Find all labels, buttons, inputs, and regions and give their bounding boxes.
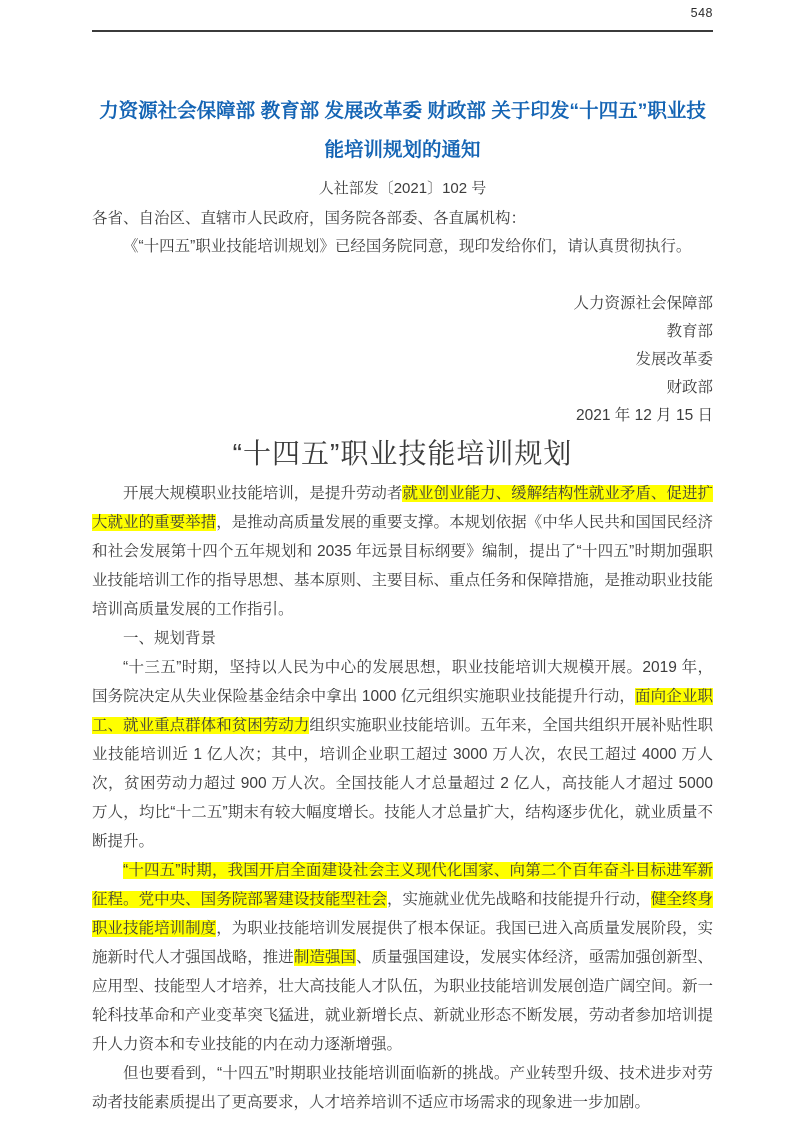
- header-rule: [92, 30, 713, 32]
- page-header: 548: [92, 0, 713, 22]
- text-run: 开展大规模职业技能培训，是提升劳动者: [123, 485, 402, 502]
- text-run: “十三五”时期，坚持以人民为中心的发展思想，职业技能培训大规模开展。2019 年…: [92, 659, 713, 705]
- section-heading: 一、规划背景: [92, 624, 713, 653]
- plan-body: 开展大规模职业技能培训，是提升劳动者就业创业能力、缓解结构性就业矛盾、促进扩大就…: [92, 479, 713, 1117]
- paragraph: 开展大规模职业技能培训，是提升劳动者就业创业能力、缓解结构性就业矛盾、促进扩大就…: [92, 479, 713, 624]
- paragraph: “十三五”时期，坚持以人民为中心的发展思想，职业技能培训大规模开展。2019 年…: [92, 653, 713, 856]
- signature-line: 人力资源社会保障部: [92, 290, 713, 318]
- highlighted-text: 制造强国: [294, 949, 356, 966]
- text-run: ，实施就业优先战略和技能提升行动，: [387, 891, 651, 908]
- paragraph: “十四五”时期，我国开启全面建设社会主义现代化国家、向第二个百年奋斗目标进军新征…: [92, 856, 713, 1059]
- signature-date: 2021 年 12 月 15 日: [92, 402, 713, 430]
- signature-block: 人力资源社会保障部教育部发展改革委财政部: [92, 290, 713, 402]
- text-run: 一、规划背景: [123, 630, 216, 647]
- doc-number: 人社部发〔2021〕102 号: [92, 177, 713, 201]
- signature-line: 财政部: [92, 374, 713, 402]
- text-run: 但也要看到，“十四五”时期职业技能培训面临新的挑战。产业转型升级、技术进步对劳动…: [92, 1065, 713, 1111]
- document-page: 548 力资源社会保障部 教育部 发展改革委 财政部 关于印发“十四五”职业技能…: [0, 0, 793, 1122]
- signature-line: 发展改革委: [92, 346, 713, 374]
- page-number: 548: [691, 6, 713, 20]
- notice-title: 力资源社会保障部 教育部 发展改革委 财政部 关于印发“十四五”职业技能培训规划…: [92, 92, 713, 170]
- notice-body-text: 《“十四五”职业技能培训规划》已经国务院同意，现印发给你们，请认真贯彻执行。: [92, 233, 713, 261]
- salutation-line: 各省、自治区、直辖市人民政府，国务院各部委、各直属机构：: [92, 205, 713, 233]
- signature-line: 教育部: [92, 318, 713, 346]
- text-run: 组织实施职业技能培训。五年来，全国共组织开展补贴性职业技能培训近 1 亿人次；其…: [92, 717, 713, 850]
- paragraph: 但也要看到，“十四五”时期职业技能培训面临新的挑战。产业转型升级、技术进步对劳动…: [92, 1059, 713, 1117]
- plan-title: “十四五”职业技能培训规划: [92, 435, 713, 473]
